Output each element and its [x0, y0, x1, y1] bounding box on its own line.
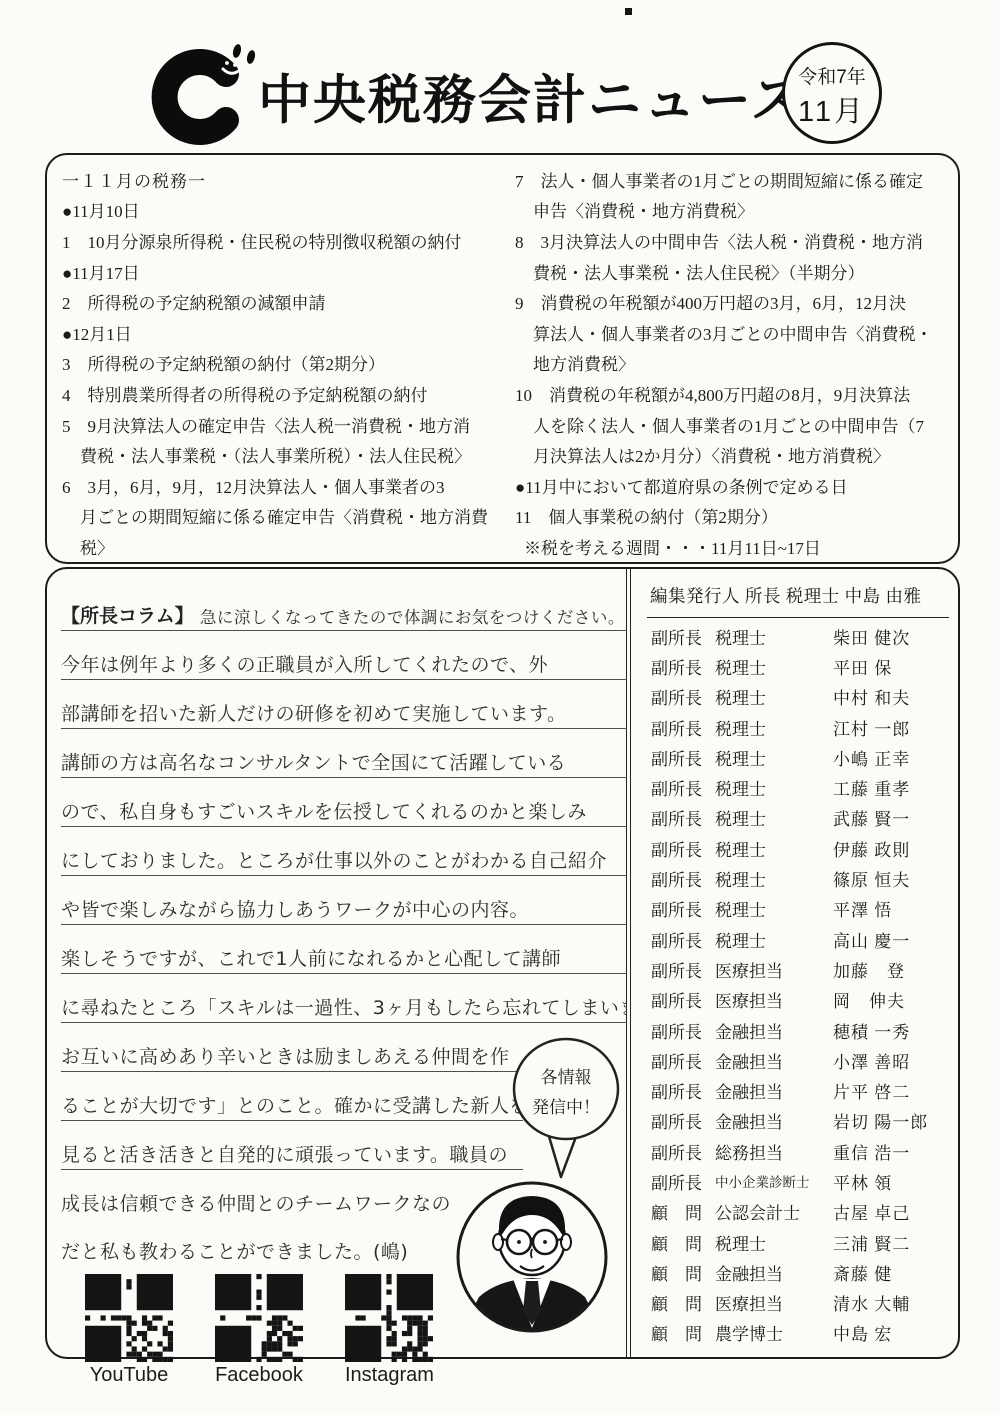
tax-schedule-line: ●11月中において都道府県の条例で定める日 — [515, 470, 951, 501]
staff-role: 副所長 — [651, 836, 715, 861]
staff-row: 副所長 税理士 柴田 健次 — [647, 621, 949, 651]
staff-row: 副所長 税理士 平田 保 — [647, 651, 949, 681]
handwritten-line: や皆で楽しみながら協力しあうワークが中心の内容。 — [61, 876, 627, 925]
staff-name: 武藤 賢一 — [833, 805, 910, 830]
staff-row: 副所長 中小企業診断士 平林 領 — [647, 1166, 949, 1196]
staff-qualification: 税理士 — [715, 896, 833, 921]
handwritten-line: ので、私自身もすごいスキルを伝授してくれるのかと楽しみ — [61, 778, 627, 827]
staff-role: 副所長 — [651, 805, 715, 830]
staff-qualification: 金融担当 — [715, 1260, 833, 1285]
staff-row: 顧 問 金融担当 斎藤 健 — [647, 1257, 949, 1287]
tax-schedule-line: 1 10月分源泉所得税・住民税の特別徴収税額の納付 — [62, 225, 512, 256]
tax-schedule-line: 税〉 — [62, 531, 512, 562]
staff-role: 副所長 — [651, 896, 715, 921]
handwritten-line: 今年は例年より多くの正職員が入所してくれたので、外 — [61, 631, 627, 680]
qr-code-icon — [215, 1274, 303, 1362]
column-first-line: 【所長コラム】 急に涼しくなってきたので体調にお気をつけください。 — [61, 582, 627, 631]
handwritten-line: 見ると活き活きと自発的に頑張っています。職員の — [61, 1121, 523, 1170]
staff-row: 副所長 税理士 伊藤 政則 — [647, 833, 949, 863]
staff-role: 顧 問 — [651, 1199, 715, 1224]
staff-name: 岡 伸夫 — [833, 987, 905, 1012]
handwritten-line: 成長は信頼できる仲間とのチームワークなの — [61, 1170, 493, 1218]
staff-role: 副所長 — [651, 957, 715, 982]
staff-role: 副所長 — [651, 1018, 715, 1043]
staff-qualification: 税理士 — [715, 805, 833, 830]
tax-schedule-line: 地方消費税〉 — [515, 348, 951, 379]
bubble-text-line1: 各情報 — [510, 1063, 622, 1088]
handwritten-line: に尋ねたところ「スキルは一過性、3ヶ月もしたら忘れてしまいます。 — [61, 974, 627, 1023]
column-label: 【所長コラム】 — [61, 601, 194, 628]
company-mascot-logo-icon — [148, 36, 266, 150]
staff-name: 中島 宏 — [833, 1320, 892, 1345]
tax-schedule-line: 月ごとの期間短縮に係る確定申告〈消費税・地方消費 — [62, 501, 512, 532]
staff-role: 副所長 — [651, 745, 715, 770]
staff-qualification: 税理士 — [715, 836, 833, 861]
staff-role: 副所長 — [651, 654, 715, 679]
staff-name: 小嶋 正幸 — [833, 745, 910, 770]
staff-list-header: 編集発行人 所長 税理士 中島 由雅 — [647, 575, 949, 618]
staff-qualification: 医療担当 — [715, 987, 833, 1012]
staff-role: 副所長 — [651, 1048, 715, 1073]
staff-role: 副所長 — [651, 987, 715, 1012]
staff-row: 副所長 税理士 篠原 恒夫 — [647, 863, 949, 893]
qr-label: YouTube — [85, 1364, 173, 1387]
staff-name: 平田 保 — [833, 654, 892, 679]
handwritten-text: 急に涼しくなってきたので体調にお気をつけください。 — [200, 604, 625, 628]
tax-schedule-line: 3 所得税の予定納税額の納付（第2期分） — [62, 348, 512, 379]
staff-row: 副所長 総務担当 重信 浩一 — [647, 1136, 949, 1166]
staff-row: 顧 問 医療担当 清水 大輔 — [647, 1288, 949, 1318]
staff-name: 篠原 恒夫 — [833, 866, 910, 891]
qr-code-icon — [345, 1274, 433, 1362]
staff-row: 副所長 税理士 江村 一郎 — [647, 712, 949, 742]
staff-qualification: 税理士 — [715, 624, 833, 649]
tax-schedule-line: 人を除く法人・個人事業者の1月ごとの中間申告（7 — [515, 409, 951, 440]
staff-row: 副所長 医療担当 岡 伸夫 — [647, 985, 949, 1015]
staff-qualification: 税理士 — [715, 866, 833, 891]
issue-month: 11月 — [785, 89, 879, 130]
staff-role: 副所長 — [651, 1139, 715, 1164]
tax-schedule-line: 6 3月，6月，9月，12月決算法人・個人事業者の3 — [62, 470, 512, 501]
staff-name: 柴田 健次 — [833, 624, 910, 649]
staff-row: 副所長 税理士 武藤 賢一 — [647, 803, 949, 833]
director-portrait — [453, 1178, 611, 1336]
staff-name: 古屋 卓己 — [833, 1199, 910, 1224]
issue-date-badge: 令和7年 11月 — [782, 42, 882, 144]
staff-row: 副所長 税理士 平澤 悟 — [647, 894, 949, 924]
staff-list: 編集発行人 所長 税理士 中島 由雅 副所長 税理士 柴田 健次 副所長 税理士… — [647, 575, 949, 1351]
staff-qualification: 中小企業診断士 — [715, 1171, 833, 1191]
tax-schedule-line: 9 消費税の年税額が400万円超の3月，6月，12月決 — [515, 286, 951, 317]
staff-name: 斎藤 健 — [833, 1260, 892, 1285]
tax-schedule-right-column: 7 法人・個人事業者の1月ごとの期間短縮に係る確定申告〈消費税・地方消費税〉8 … — [515, 164, 951, 562]
staff-row: 副所長 税理士 高山 慶一 — [647, 924, 949, 954]
newsletter-page: 中央税務会計ニュース 令和7年 11月 一１１月の税務一●11月10日1 10月… — [0, 0, 1000, 1414]
tax-schedule-line: 2 所得税の予定納税額の減額申請 — [62, 286, 512, 317]
staff-name: 穂積 一秀 — [833, 1018, 910, 1043]
staff-name: 伊藤 政則 — [833, 836, 910, 861]
staff-row: 副所長 税理士 小嶋 正幸 — [647, 742, 949, 772]
staff-qualification: 税理士 — [715, 745, 833, 770]
staff-qualification: 金融担当 — [715, 1048, 833, 1073]
tax-schedule-line: 一１１月の税務一 — [62, 164, 512, 195]
handwritten-line: 部講師を招いた新人だけの研修を初めて実施しています。 — [61, 680, 627, 729]
staff-name: 片平 啓二 — [833, 1078, 910, 1103]
tax-schedule-line: 費税・法人事業税・（法人事業所税）・法人住民税〉 — [62, 439, 512, 470]
staff-qualification: 金融担当 — [715, 1078, 833, 1103]
staff-role: 副所長 — [651, 715, 715, 740]
staff-qualification: 医療担当 — [715, 1290, 833, 1315]
staff-qualification: 税理士 — [715, 927, 833, 952]
bubble-text-line2: 発信中！ — [510, 1093, 622, 1118]
staff-name: 平澤 悟 — [833, 896, 892, 921]
staff-qualification: 公認会計士 — [715, 1199, 833, 1224]
handwritten-line: ることが大切です」とのこと。確かに受講した新人を — [61, 1072, 523, 1121]
tax-schedule-line: 11 個人事業税の納付（第2期分） — [515, 501, 951, 532]
staff-name: 小澤 善昭 — [833, 1048, 910, 1073]
staff-role: 副所長 — [651, 1169, 715, 1194]
staff-role: 副所長 — [651, 624, 715, 649]
staff-name: 工藤 重孝 — [833, 775, 910, 800]
staff-qualification: 金融担当 — [715, 1108, 833, 1133]
tax-schedule-box: 一１１月の税務一●11月10日1 10月分源泉所得税・住民税の特別徴収税額の納付… — [45, 153, 960, 564]
staff-name: 岩切 陽一郎 — [833, 1108, 928, 1133]
staff-row: 副所長 税理士 中村 和夫 — [647, 682, 949, 712]
tax-schedule-line: 算法人・個人事業者の3月ごとの中間申告〈消費税・ — [515, 317, 951, 348]
staff-qualification: 医療担当 — [715, 957, 833, 982]
staff-name: 中村 和夫 — [833, 684, 910, 709]
staff-role: 副所長 — [651, 1078, 715, 1103]
staff-qualification: 税理士 — [715, 684, 833, 709]
handwritten-line: 楽しそうですが、これで1人前になれるかと心配して講師 — [61, 925, 627, 974]
tax-schedule-line: 5 9月決算法人の確定申告〈法人税一消費税・地方消 — [62, 409, 512, 440]
staff-name: 江村 一郎 — [833, 715, 910, 740]
tax-schedule-line: 月決算法人は2か月分）〈消費税・地方消費税〉 — [515, 439, 951, 470]
tax-schedule-line: ※税を考える週間・・・11月11日~17日 — [515, 531, 951, 562]
staff-row: 副所長 医療担当 加藤 登 — [647, 954, 949, 984]
tax-schedule-line: 費税・法人事業税・法人住民税〉（半期分） — [515, 256, 951, 287]
qr-label: Facebook — [215, 1364, 303, 1387]
staff-role: 顧 問 — [651, 1260, 715, 1285]
staff-row: 副所長 税理士 工藤 重孝 — [647, 772, 949, 802]
tax-schedule-line: 7 法人・個人事業者の1月ごとの期間短縮に係る確定 — [515, 164, 951, 195]
tax-schedule-line: 8 3月決算法人の中間申告〈法人税・消費税・地方消 — [515, 225, 951, 256]
tax-schedule-line: 10 消費税の年税額が4,800万円超の8月，9月決算法 — [515, 378, 951, 409]
tax-schedule-line: ●11月17日 — [62, 256, 512, 287]
staff-name: 平林 領 — [833, 1169, 892, 1194]
qr-item: YouTube — [85, 1274, 173, 1387]
staff-row: 副所長 金融担当 片平 啓二 — [647, 1075, 949, 1105]
staff-name: 加藤 登 — [833, 957, 905, 982]
handwritten-line: にしておりました。ところが仕事以外のことがわかる自己紹介 — [61, 827, 627, 876]
staff-name: 清水 大輔 — [833, 1290, 910, 1315]
staff-name: 重信 浩一 — [833, 1139, 910, 1164]
staff-name: 三浦 賢二 — [833, 1230, 910, 1255]
tax-schedule-left-column: 一１１月の税務一●11月10日1 10月分源泉所得税・住民税の特別徴収税額の納付… — [62, 164, 512, 562]
issue-era: 令和7年 — [785, 62, 879, 89]
staff-qualification: 税理士 — [715, 715, 833, 740]
lower-section-box: 【所長コラム】 急に涼しくなってきたので体調にお気をつけください。 今年は例年よ… — [45, 567, 960, 1359]
staff-row: 顧 問 公認会計士 古屋 卓己 — [647, 1197, 949, 1227]
tax-schedule-line: 申告〈消費税・地方消費税〉 — [515, 195, 951, 226]
qr-label: Instagram — [345, 1364, 434, 1387]
staff-row: 顧 問 税理士 三浦 賢二 — [647, 1227, 949, 1257]
staff-qualification: 農学博士 — [715, 1320, 833, 1345]
staff-name: 高山 慶一 — [833, 927, 910, 952]
handwritten-line: お互いに高めあり辛いときは励ましあえる仲間を作 — [61, 1023, 523, 1072]
newsletter-title: 中央税務会計ニュース — [258, 58, 805, 134]
staff-qualification: 総務担当 — [715, 1139, 833, 1164]
staff-role: 副所長 — [651, 775, 715, 800]
tax-schedule-line: ●11月10日 — [62, 195, 512, 226]
staff-role: 副所長 — [651, 684, 715, 709]
staff-rows: 副所長 税理士 柴田 健次 副所長 税理士 平田 保 副所長 税理士 中村 和夫 — [647, 618, 949, 1348]
scan-artifact-dot — [625, 8, 632, 15]
staff-role: 顧 問 — [651, 1320, 715, 1345]
qr-item: Facebook — [215, 1274, 303, 1387]
handwritten-line: 講師の方は高名なコンサルタントで全国にて活躍している — [61, 729, 627, 778]
staff-role: 副所長 — [651, 866, 715, 891]
staff-qualification: 金融担当 — [715, 1018, 833, 1043]
staff-row: 顧 問 農学博士 中島 宏 — [647, 1318, 949, 1348]
qr-item: Instagram — [345, 1274, 434, 1387]
staff-qualification: 税理士 — [715, 1230, 833, 1255]
staff-role: 副所長 — [651, 1108, 715, 1133]
staff-row: 副所長 金融担当 小澤 善昭 — [647, 1045, 949, 1075]
staff-role: 副所長 — [651, 927, 715, 952]
staff-role: 顧 問 — [651, 1230, 715, 1255]
staff-qualification: 税理士 — [715, 654, 833, 679]
speech-bubble: 各情報 発信中！ — [510, 1037, 628, 1185]
staff-row: 副所長 金融担当 岩切 陽一郎 — [647, 1106, 949, 1136]
handwritten-line: だと私も教わることができました。(嶋) — [61, 1218, 493, 1266]
qr-code-icon — [85, 1274, 173, 1362]
staff-row: 副所長 金融担当 穂積 一秀 — [647, 1015, 949, 1045]
tax-schedule-line: ●12月1日 — [62, 317, 512, 348]
staff-qualification: 税理士 — [715, 775, 833, 800]
tax-schedule-line: 4 特別農業所得者の所得税の予定納税額の納付 — [62, 378, 512, 409]
staff-role: 顧 問 — [651, 1290, 715, 1315]
